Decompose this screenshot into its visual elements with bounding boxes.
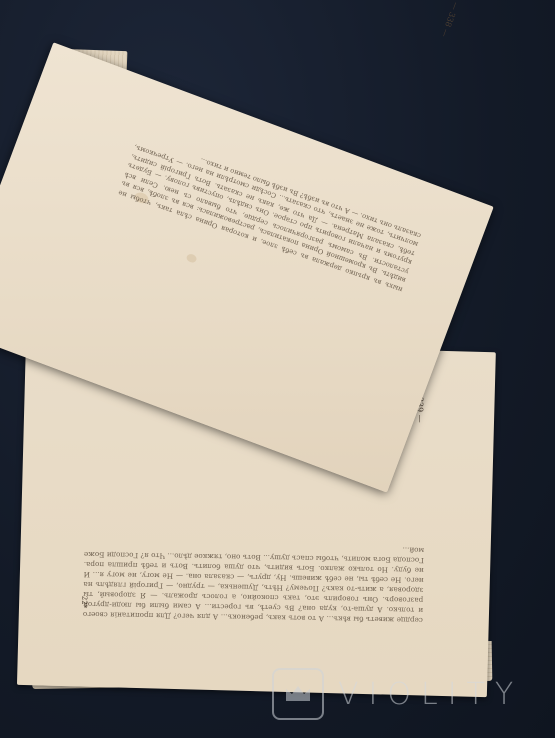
- signature-mark: 22*: [80, 596, 88, 609]
- watermark: VIOLITY: [272, 668, 523, 720]
- watermark-brand: VIOLITY: [338, 677, 523, 712]
- crown-icon: [272, 668, 324, 720]
- paper-stain: [185, 253, 197, 264]
